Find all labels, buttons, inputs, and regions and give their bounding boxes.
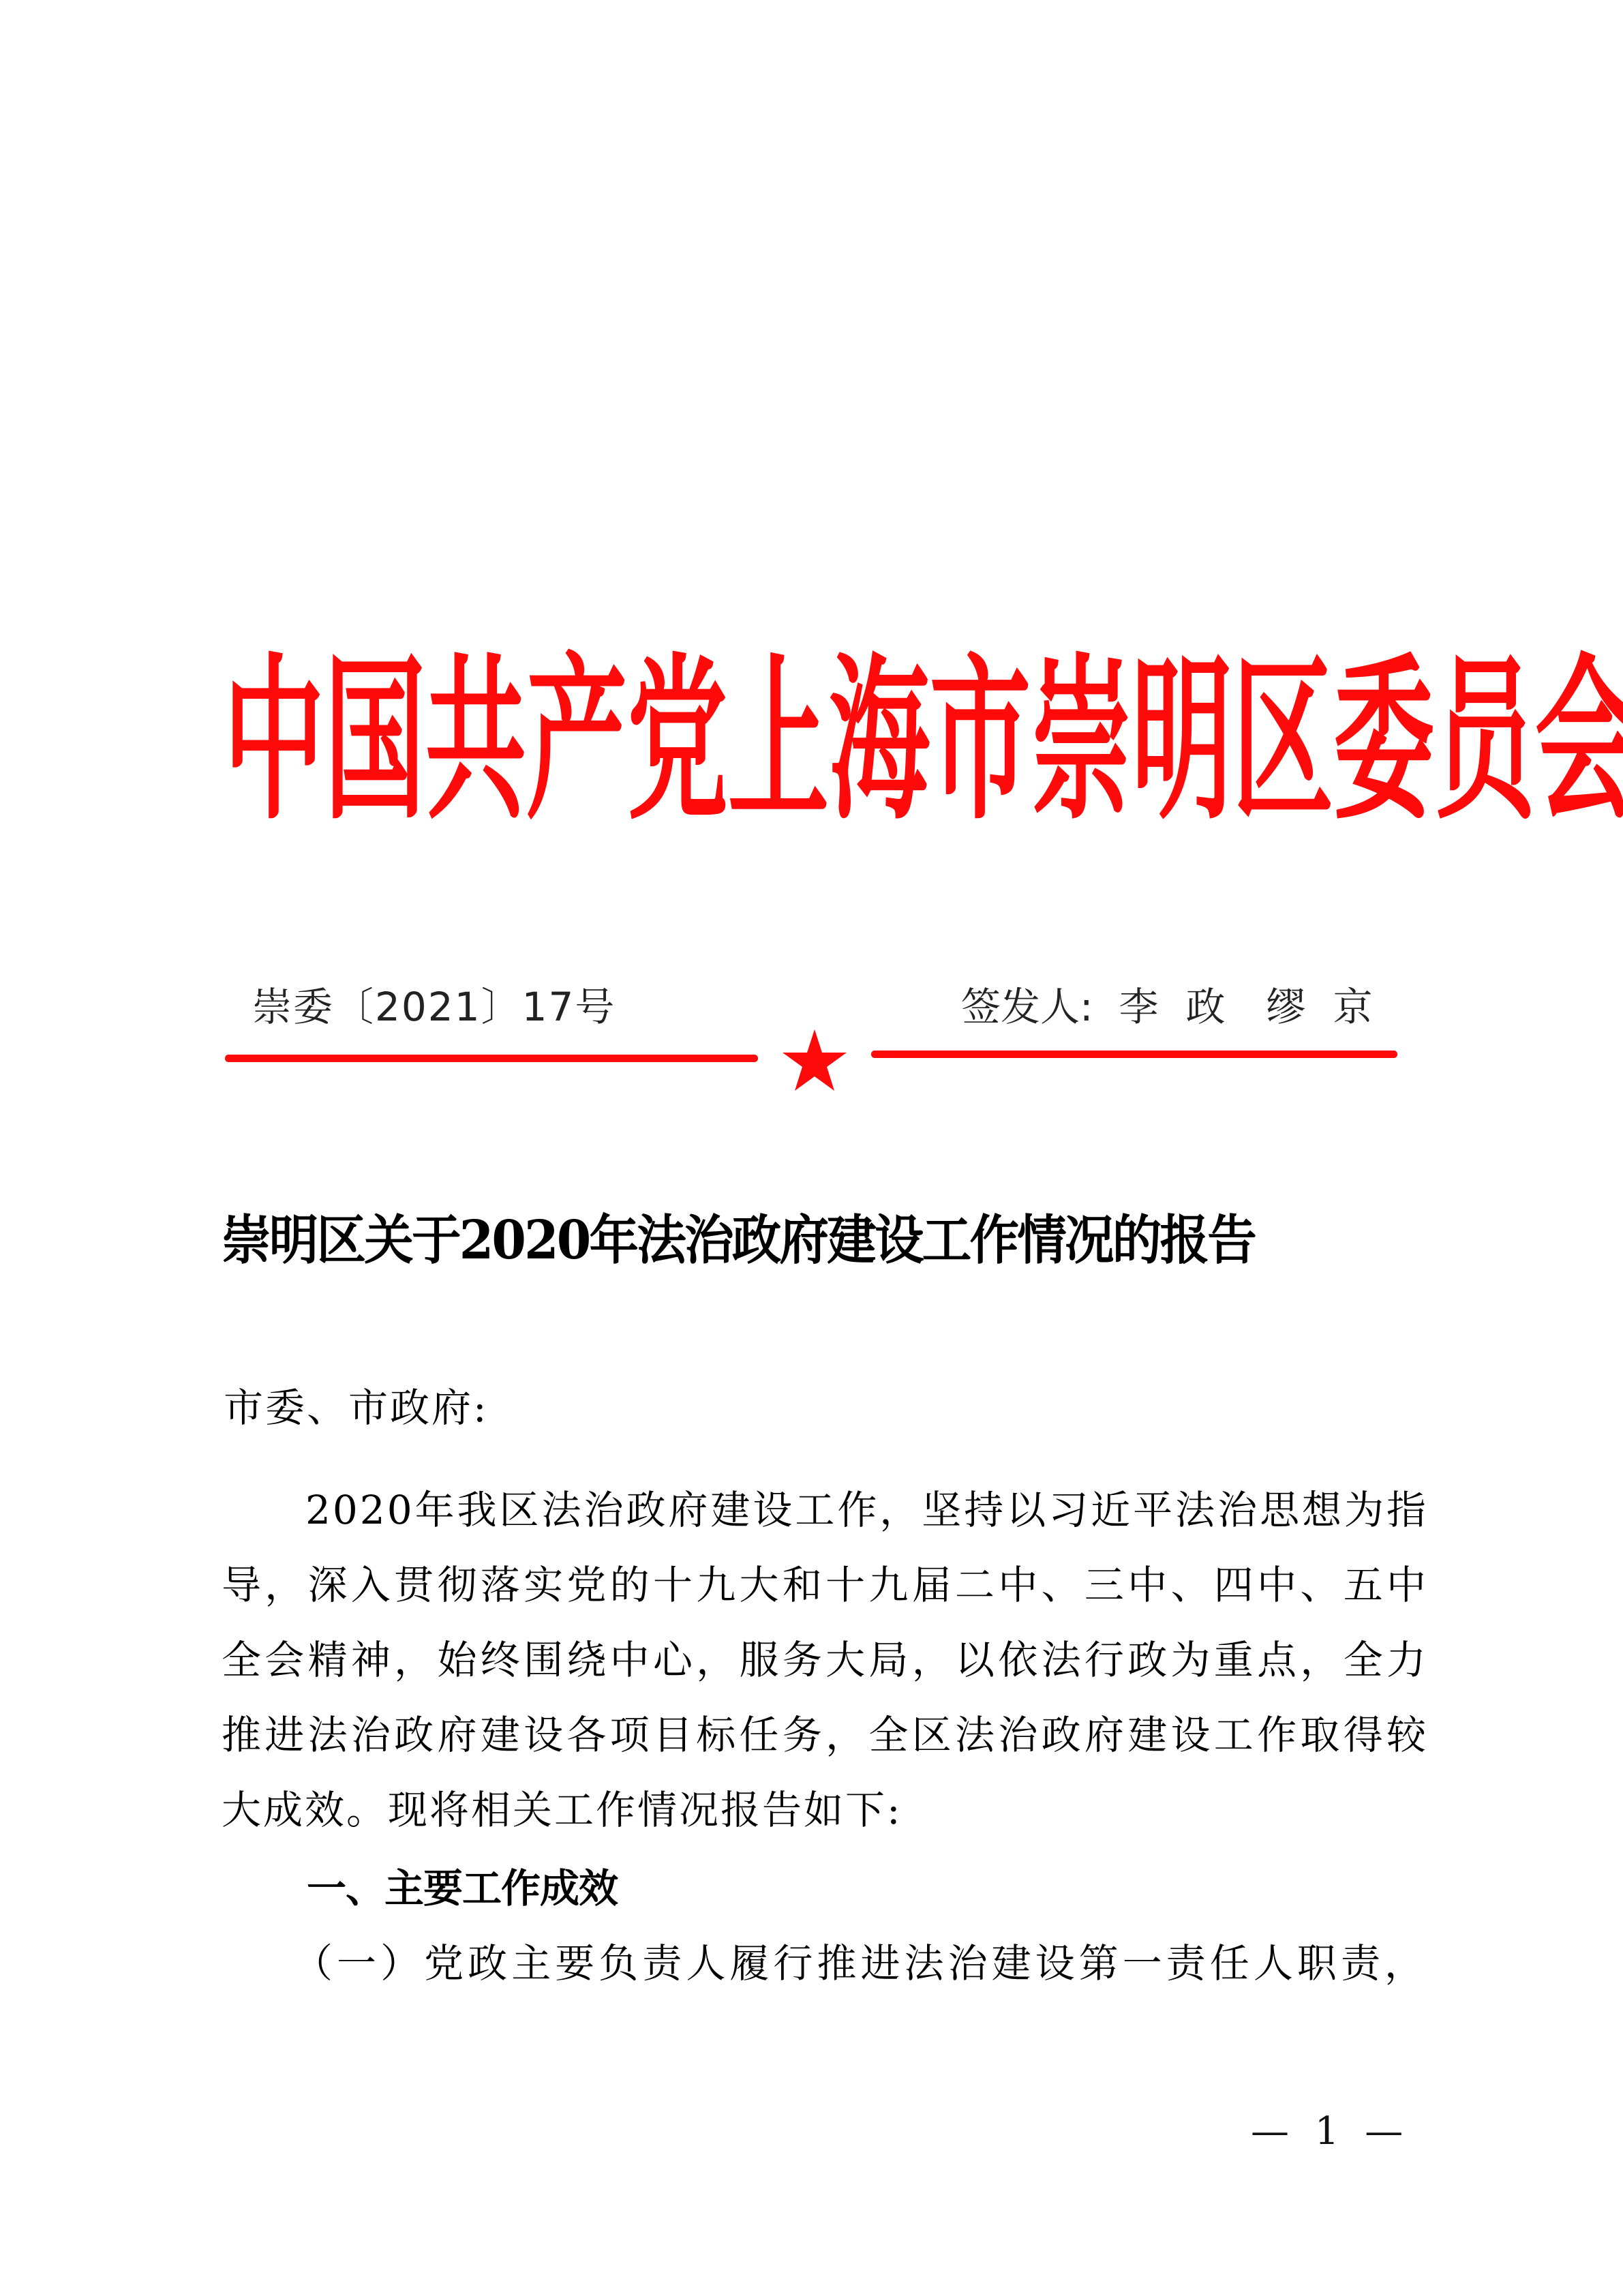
red-divider-left [225,1055,758,1062]
red-divider-right [871,1051,1397,1058]
section-heading: 一、主要工作成效 [307,1864,618,1912]
body-line: 导，深入贯彻落实党的十九大和十九届二中、三中、四中、五中 [222,1561,1428,1609]
body-line: 2020年我区法治政府建设工作，坚持以习近平法治思想为指 [305,1486,1428,1534]
masthead-title: 中 国 共 产 党 上 海 市 崇 明 区 委 员 会 [224,651,1410,828]
star-icon [780,1028,849,1093]
body-line: 推进法治政府建设各项目标任务，全区法治政府建设工作取得较 [222,1711,1428,1759]
body-line: 全会精神，始终围绕中心，服务大局，以依法行政为重点，全力 [222,1636,1428,1684]
document-title: 崇明区关于2020年法治政府建设工作情况的报告 [222,1207,1255,1275]
signer-block: 签发人:李政缪京 [961,983,1400,1031]
masthead-char: 明 [1132,652,1232,828]
masthead-char: 崇 [1031,652,1132,828]
masthead-char: 区 [1232,652,1333,828]
signer-name: 李政 [1119,984,1253,1030]
masthead-char: 上 [728,652,829,828]
document-number: 崇委〔2021〕17号 [252,983,616,1031]
masthead-char: 委 [1333,652,1434,828]
masthead-char: 市 [930,652,1031,828]
masthead-char: 党 [627,652,728,828]
masthead-char: 产 [526,652,627,828]
page-number: — 1 — [1251,2108,1410,2156]
masthead-char: 员 [1434,652,1535,828]
masthead-char: 国 [324,652,425,828]
signer-name: 缪京 [1266,984,1400,1030]
subsection-heading: （一）党政主要负责人履行推进法治建设第一责任人职责， [293,1939,1428,1987]
body-line: 大成效。现将相关工作情况报告如下: [222,1786,1428,1834]
masthead-char: 海 [829,652,930,828]
masthead-char: 共 [425,652,526,828]
masthead-char: 会 [1535,652,1623,828]
signer-label: 签发人: [961,984,1093,1030]
masthead-char: 中 [224,652,324,828]
salutation: 市委、市政府: [224,1384,489,1432]
